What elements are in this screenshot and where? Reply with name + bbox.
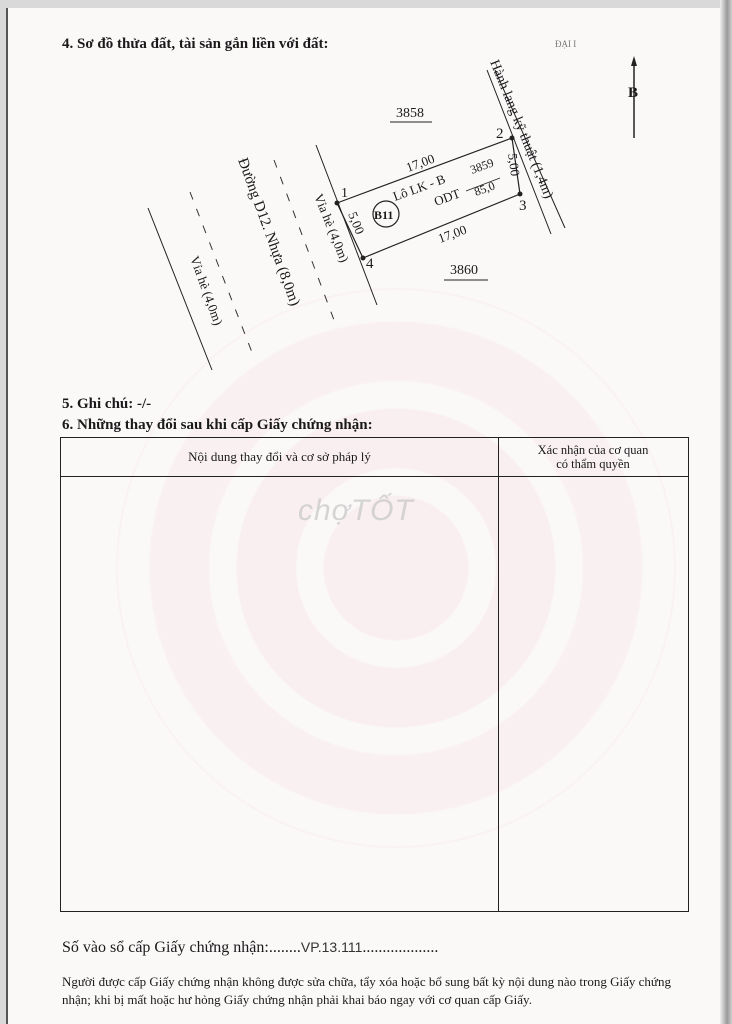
- chotot-watermark: chợTỐT: [298, 494, 414, 528]
- leader-dots: ...................: [362, 939, 438, 956]
- sidewalk-near-label: Vỉa hè (4,0m): [311, 192, 352, 265]
- col-header-change-content: Nội dung thay đổi và cơ sở pháp lý: [61, 438, 499, 477]
- change-content-cell: [61, 476, 499, 911]
- authority-confirmation-cell: [498, 476, 688, 911]
- col2-header-line1: Xác nhận của cơ quan: [538, 443, 649, 457]
- leader-dots: ........: [269, 939, 301, 956]
- block-badge: B11: [373, 201, 399, 227]
- neighbor-north: 3858: [396, 106, 424, 121]
- svg-text:1: 1: [341, 186, 348, 201]
- parcel-number: 3859: [468, 155, 495, 176]
- col-header-authority-confirmation: Xác nhận của cơ quan có thẩm quyền: [498, 438, 688, 477]
- svg-text:17,00: 17,00: [436, 222, 469, 246]
- parcel-area: 85,0: [472, 178, 497, 198]
- registration-number-line: Số vào sổ cấp Giấy chứng nhận:........VP…: [62, 939, 438, 957]
- col2-header-line2: có thẩm quyền: [556, 457, 630, 471]
- svg-text:5,00: 5,00: [505, 152, 523, 177]
- svg-text:B11: B11: [374, 208, 393, 222]
- section-5-notes: 5. Ghi chú: -/-: [62, 396, 151, 413]
- svg-text:2: 2: [496, 126, 504, 142]
- section-6-title: 6. Những thay đổi sau khi cấp Giấy chứng…: [62, 417, 373, 434]
- svg-text:4: 4: [366, 256, 374, 272]
- plot-diagram: B 3858 3860 Hành lang kỹ thuật (1,4m) 1 …: [0, 0, 732, 400]
- sidewalk-far-label: Vỉa hè (4,0m): [187, 254, 226, 327]
- neighbor-south: 3860: [450, 263, 478, 278]
- svg-text:5,00: 5,00: [345, 210, 367, 237]
- north-arrow-icon: B: [628, 56, 638, 138]
- road-label: Đường D12. Nhựa (8,0m): [234, 156, 302, 308]
- holder-notice: Người được cấp Giấy chứng nhận không đượ…: [62, 973, 702, 1009]
- svg-text:17,00: 17,00: [404, 151, 437, 175]
- north-label: B: [628, 85, 638, 101]
- registration-number: VP.13.111: [301, 939, 363, 955]
- svg-text:3: 3: [519, 198, 527, 214]
- registration-label: Số vào sổ cấp Giấy chứng nhận:: [62, 939, 269, 956]
